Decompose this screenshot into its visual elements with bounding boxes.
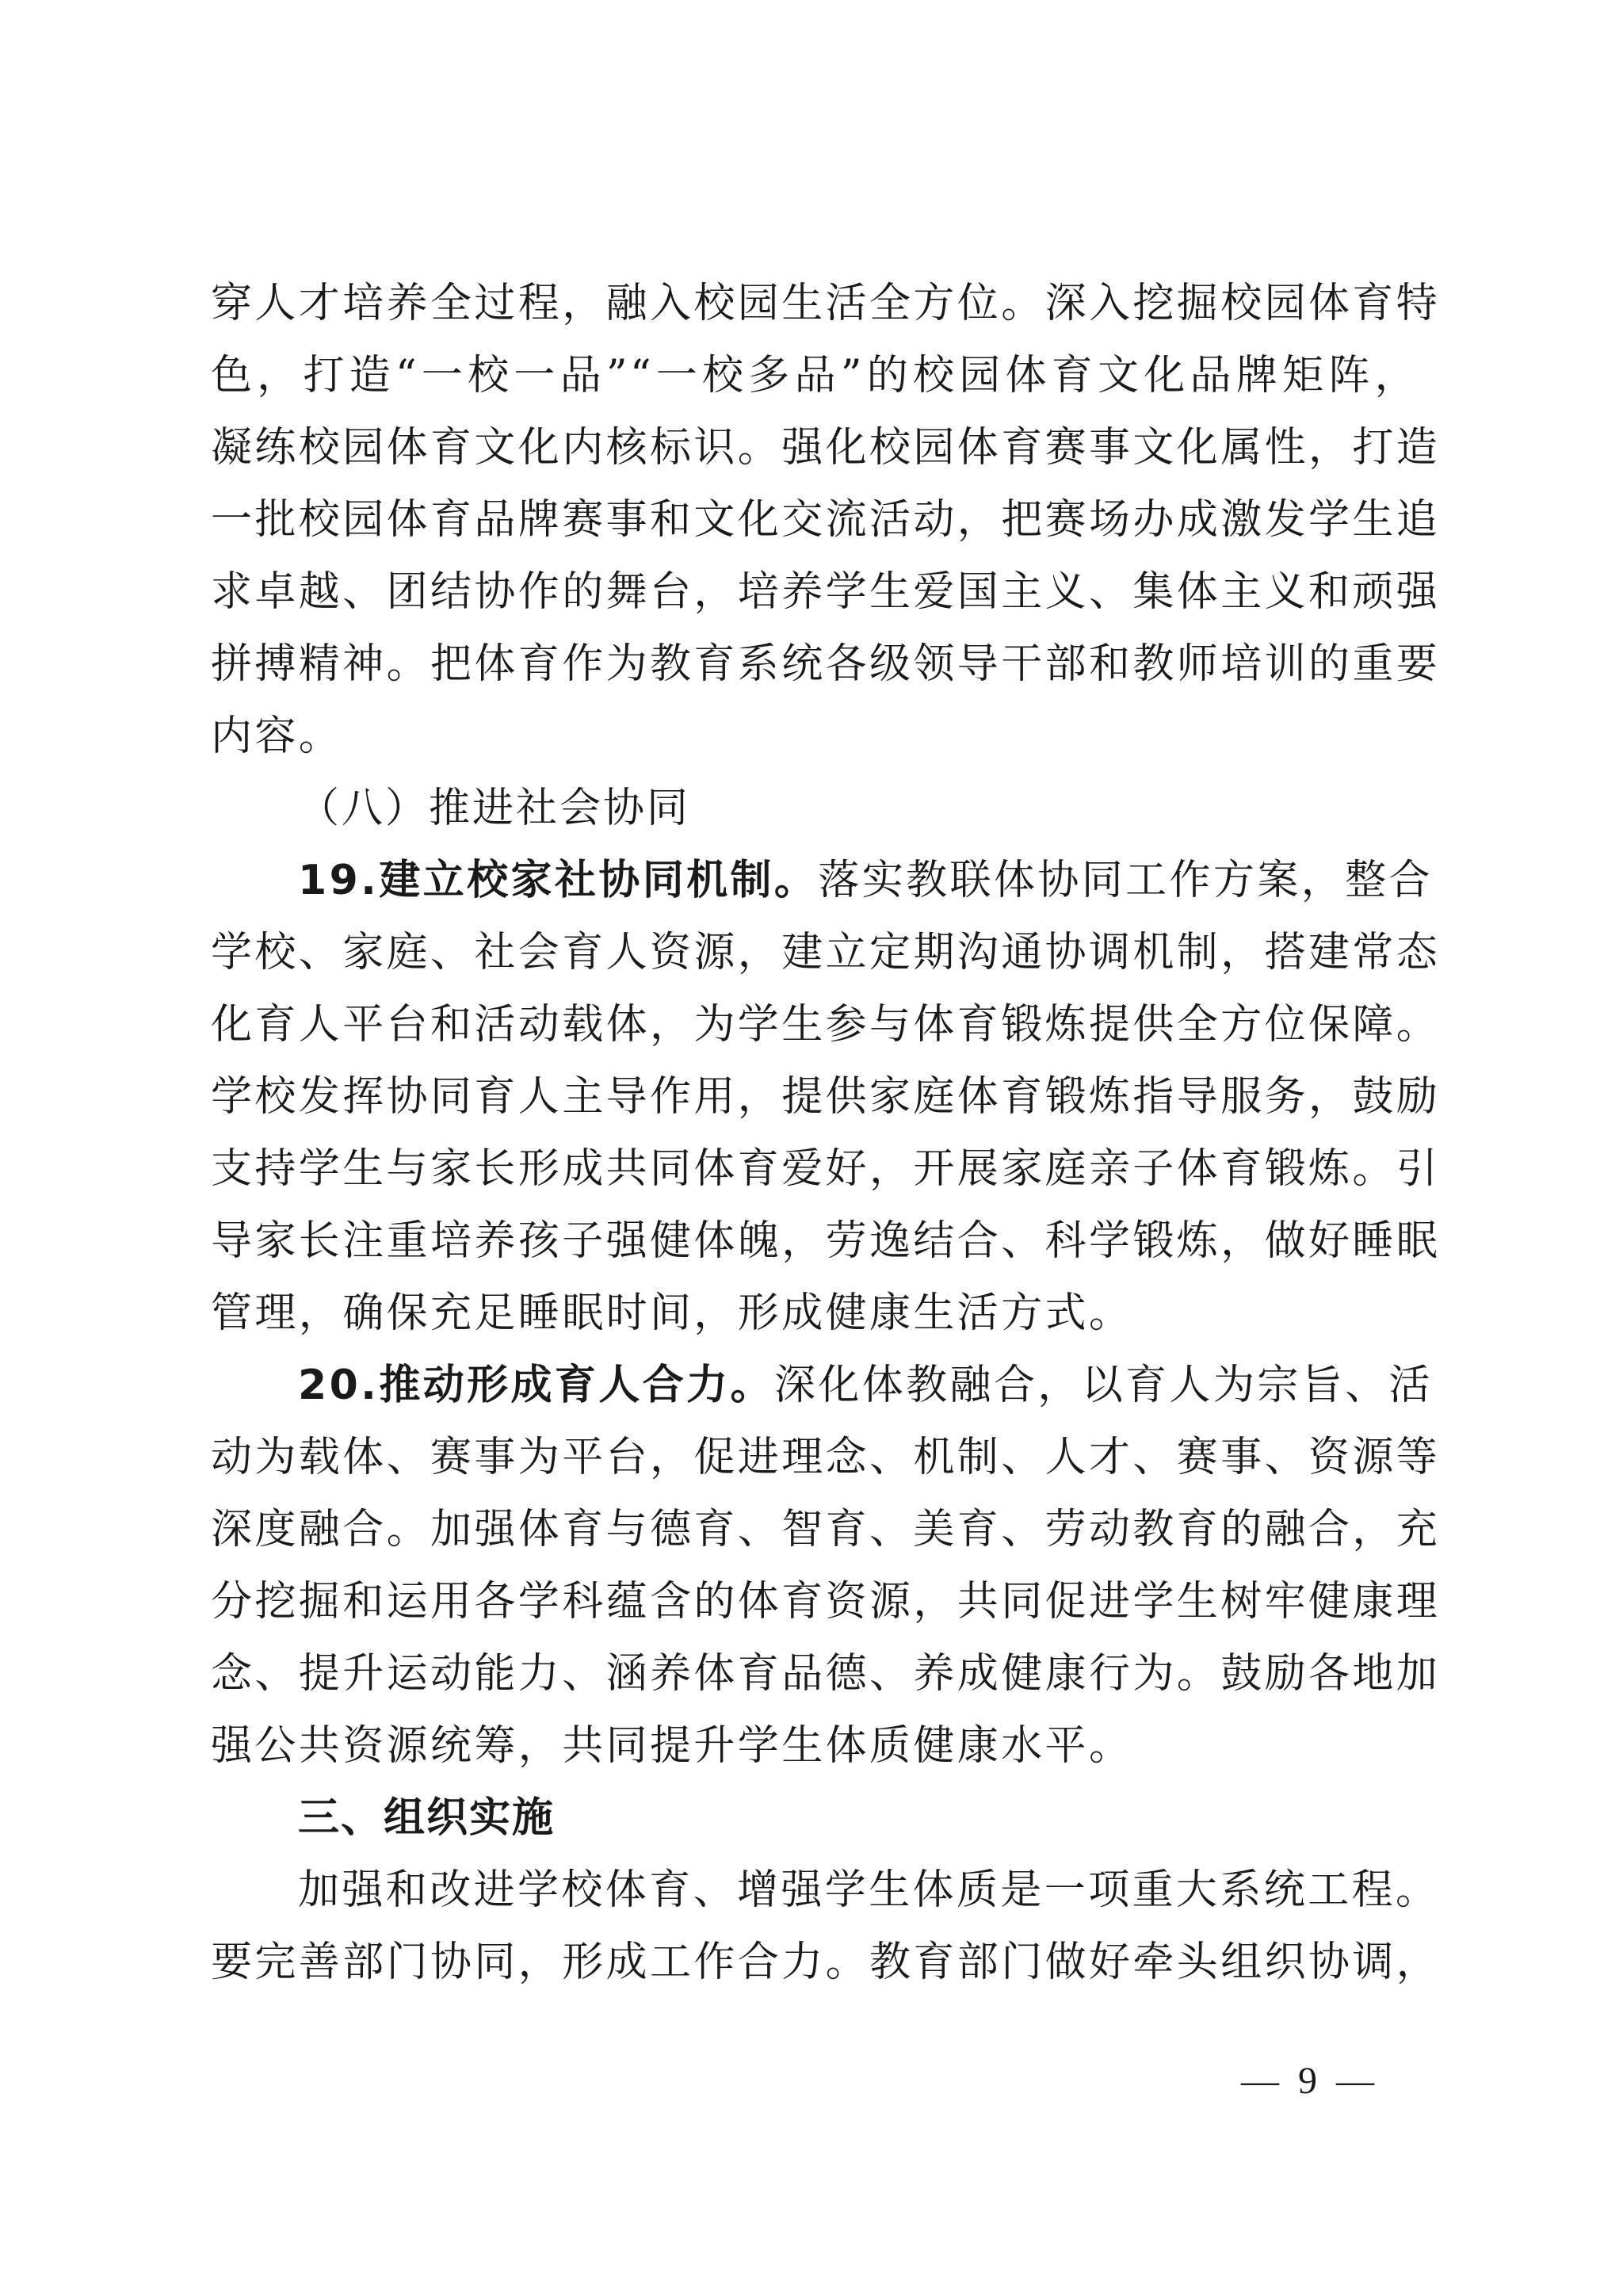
text-line: 分挖掘和运用各学科蕴含的体育资源，共同促进学生树牢健康理 (211, 1566, 1419, 1638)
item-20-number: 20. (298, 1362, 379, 1409)
text-line: 化育人平台和活动载体，为学生参与体育锻炼提供全方位保障。 (211, 989, 1419, 1061)
section-heading-8: （八）推进社会协同 (211, 773, 1419, 845)
paragraph-continuation: 穿人才培养全过程，融入校园生活全方位。深入挖掘校园体育特 色，打造“一校一品”“… (211, 268, 1419, 773)
text-line: 要完善部门协同，形成工作合力。教育部门做好牵头组织协调， (211, 1927, 1419, 1999)
item-20-first-line: 20.推动形成育人合力。深化体教融合，以育人为宗旨、活 (211, 1350, 1419, 1422)
text-line: 导家长注重培养孩子强健体魄，劳逸结合、科学锻炼，做好睡眠 (211, 1205, 1419, 1278)
text-line: 管理，确保充足睡眠时间，形成健康生活方式。 (211, 1278, 1419, 1350)
text-line: 支持学生与家长形成共同体育爱好，开展家庭亲子体育锻炼。引 (211, 1133, 1419, 1205)
text-line: 强公共资源统筹，共同提升学生体质健康水平。 (211, 1710, 1419, 1782)
item-19-number: 19. (298, 857, 379, 904)
section-heading-3: 三、组织实施 (211, 1782, 1419, 1855)
page-number: — 9 — (1241, 2059, 1379, 2103)
text-line: 求卓越、团结协作的舞台，培养学生爱国主义、集体主义和顽强 (211, 556, 1419, 628)
text-line: 深度融合。加强体育与德育、智育、美育、劳动教育的融合，充 (211, 1494, 1419, 1566)
item-19-text: 落实教联体协同工作方案，整合 (818, 857, 1433, 904)
text-line: 穿人才培养全过程，融入校园生活全方位。深入挖掘校园体育特 (211, 268, 1419, 340)
item-20-text: 深化体教融合，以育人为宗旨、活 (774, 1362, 1433, 1409)
text-line: 内容。 (211, 701, 1419, 773)
text-line: 动为载体、赛事为平台，促进理念、机制、人才、赛事、资源等 (211, 1422, 1419, 1494)
text-line: 学校发挥协同育人主导作用，提供家庭体育锻炼指导服务，鼓励 (211, 1061, 1419, 1133)
item-19-paragraph: 19.建立校家社协同机制。落实教联体协同工作方案，整合 学校、家庭、社会育人资源… (211, 845, 1419, 1350)
text-line: 色，打造“一校一品”“一校多品”的校园体育文化品牌矩阵， (211, 340, 1419, 412)
document-page: 穿人才培养全过程，融入校园生活全方位。深入挖掘校园体育特 色，打造“一校一品”“… (211, 268, 1419, 1999)
text-line: 加强和改进学校体育、增强学生体质是一项重大系统工程。 (211, 1855, 1419, 1927)
text-line: 拼搏精神。把体育作为教育系统各级领导干部和教师培训的重要 (211, 628, 1419, 701)
item-19-title: 建立校家社协同机制。 (379, 857, 818, 904)
item-20-title: 推动形成育人合力。 (379, 1362, 774, 1409)
section-3-paragraph: 加强和改进学校体育、增强学生体质是一项重大系统工程。 要完善部门协同，形成工作合… (211, 1855, 1419, 1999)
item-20-paragraph: 20.推动形成育人合力。深化体教融合，以育人为宗旨、活 动为载体、赛事为平台，促… (211, 1350, 1419, 1782)
item-19-first-line: 19.建立校家社协同机制。落实教联体协同工作方案，整合 (211, 845, 1419, 917)
text-line: 凝练校园体育文化内核标识。强化校园体育赛事文化属性，打造 (211, 412, 1419, 484)
text-line: 念、提升运动能力、涵养体育品德、养成健康行为。鼓励各地加 (211, 1638, 1419, 1710)
text-line: 学校、家庭、社会育人资源，建立定期沟通协调机制，搭建常态 (211, 917, 1419, 989)
text-line: 一批校园体育品牌赛事和文化交流活动，把赛场办成激发学生追 (211, 484, 1419, 556)
